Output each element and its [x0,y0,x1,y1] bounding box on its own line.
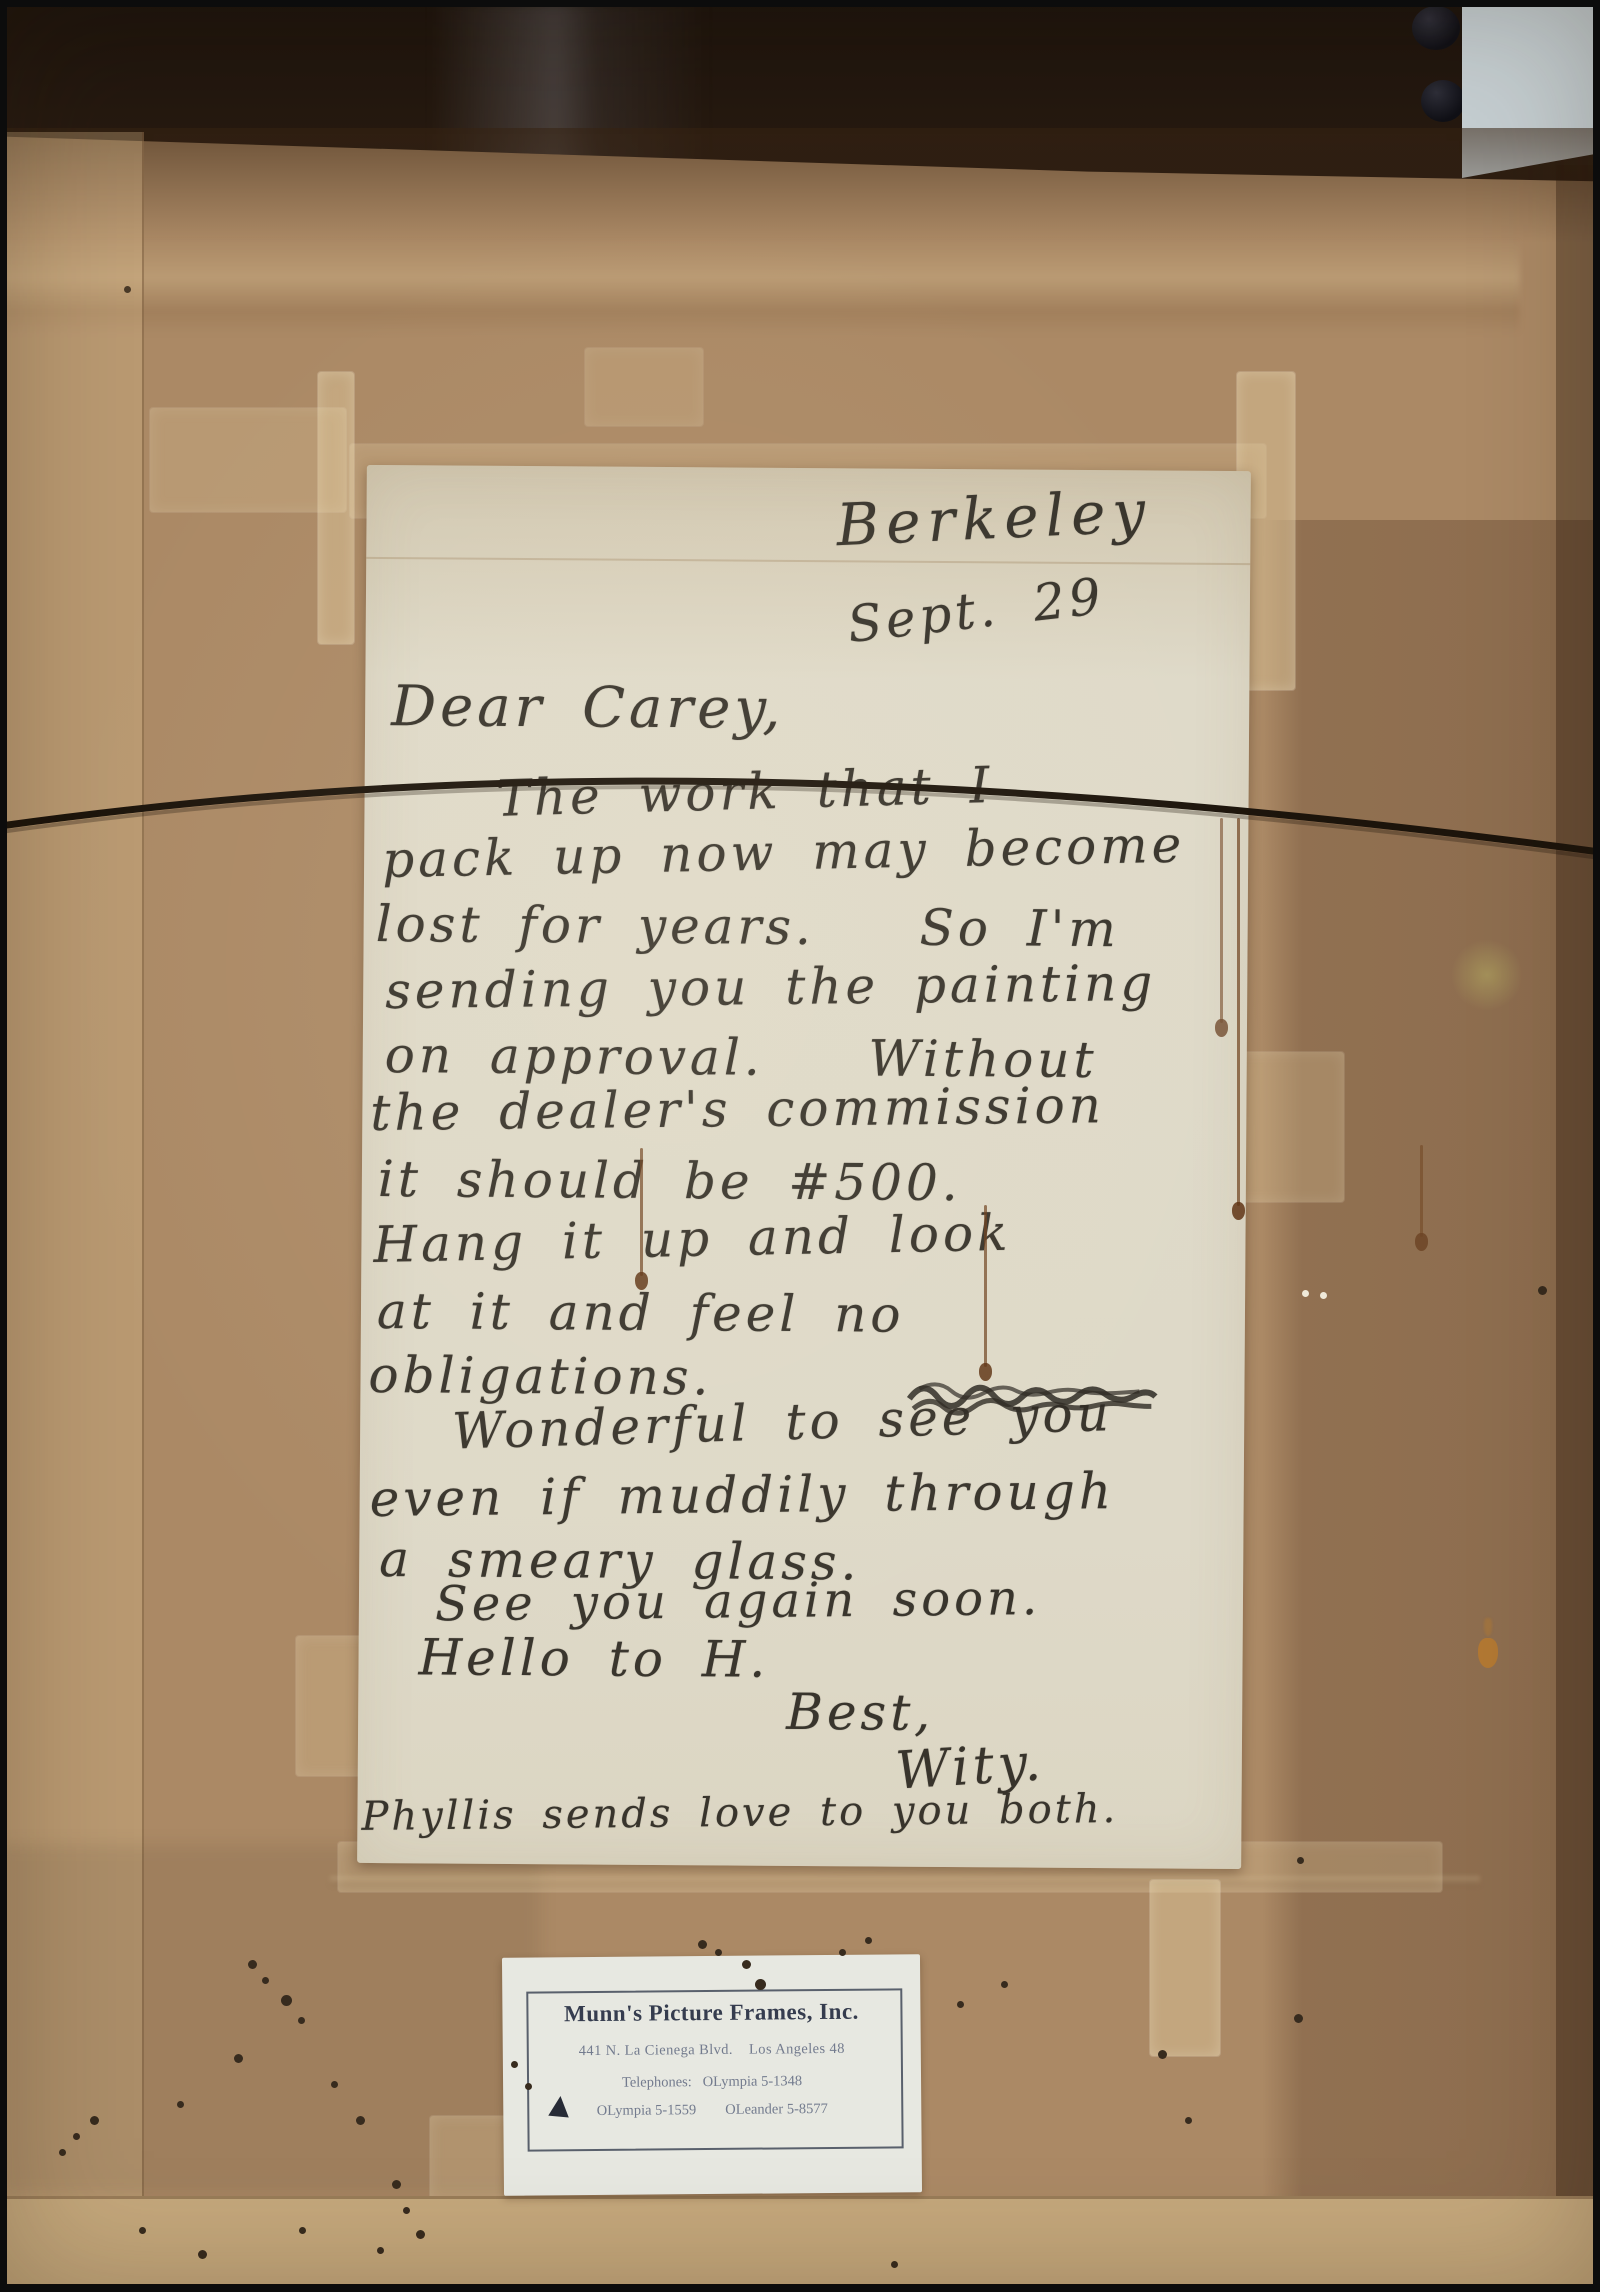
letter-line: Best, [786,1687,934,1738]
letter-line: Hang it up and look [373,1208,1012,1270]
white-specks [1302,1290,1309,1297]
masking-tape [1150,1880,1220,2056]
drawer-knob [1421,80,1465,122]
cardboard-dark-area [1262,520,1600,2210]
letter-line: sending you the painting [385,958,1157,1016]
letter-line: at it and feel no [377,1286,905,1340]
letter-line: Sept. 29 [845,571,1107,650]
letter-line: obligations. [368,1350,712,1402]
frame-right-edge [1556,165,1600,2292]
letter-line: The work that I [496,760,994,824]
fly-specks [0,0,5,5]
yellow-stain [1452,938,1522,1012]
stain-drip [1237,818,1240,1206]
stain-drip [640,1148,643,1276]
letter-line: Hello to H. [418,1632,769,1684]
framer-label: Munn's Picture Frames, Inc. 441 N. La Ci… [502,1954,922,2196]
label-company: Munn's Picture Frames, Inc. [502,1998,920,2028]
letter-line: lost for years. So I'm [376,899,1120,954]
photo-of-frame-back: BerkeleySept. 29Dear Carey,The work that… [0,0,1600,2292]
letter-line: Phyllis sends love to you both. [361,1789,1118,1837]
frame-bottom-edge [0,2196,1600,2292]
masking-tape [1230,1052,1344,1202]
letter-line: it should be #500. [378,1154,962,1208]
masking-tape [150,408,346,512]
handwritten-letter: BerkeleySept. 29Dear Carey,The work that… [357,465,1251,1869]
cardboard-crease [0,240,1520,335]
letter-line: pack up now may become [382,820,1186,885]
stain-drip [984,1205,987,1367]
photo-border [0,2284,1600,2292]
letter-line: See you again soon. [435,1574,1042,1628]
letter-line: even if muddily through [369,1466,1115,1524]
stain-drip [1420,1145,1423,1237]
stain-drip [1220,818,1223,1023]
frame-top-shadow [0,128,1600,243]
letter-line: the dealer's commission [370,1080,1105,1138]
orange-stain [1478,1638,1498,1668]
letter-line: Berkeley [835,482,1153,554]
drawer-knob [1412,6,1460,50]
paper-fold-line [366,557,1250,565]
crossed-out-word [905,1369,1170,1427]
ink-mark: ▲ [548,2088,572,2121]
masking-tape [585,348,703,426]
label-address: 441 N. La Cienega Blvd. Los Angeles 48 [503,2040,921,2061]
letter-line: Dear Carey, [391,679,785,738]
